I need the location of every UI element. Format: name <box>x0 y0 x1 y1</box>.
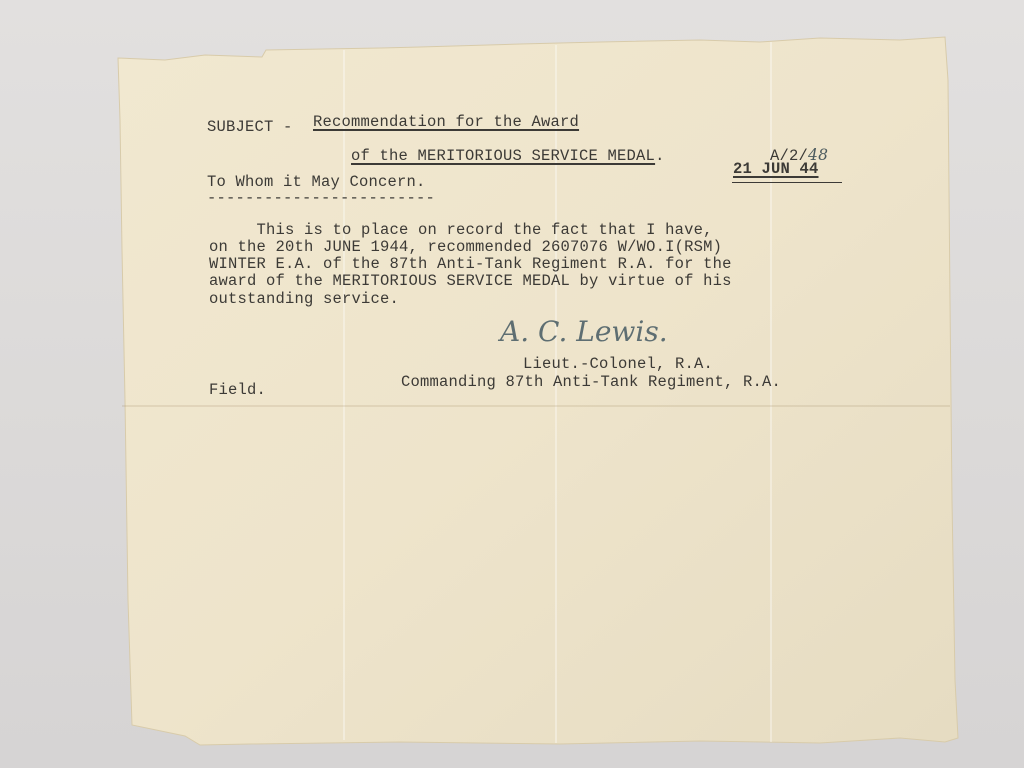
body-line-5: outstanding service. <box>209 291 399 308</box>
subject-line-2: of the MERITORIOUS SERVICE MEDAL <box>351 147 655 165</box>
body-line-3: WINTER E.A. of the 87th Anti-Tank Regime… <box>209 256 732 273</box>
body-line-4: award of the MERITORIOUS SERVICE MEDAL b… <box>209 273 732 290</box>
handwritten-signature: A. C. Lewis. <box>500 315 668 348</box>
document-paper: SUBJECT - Recommendation for the Award o… <box>0 0 1024 768</box>
body-line-1: This is to place on record the fact that… <box>209 222 713 239</box>
document-date: 21 JUN 44 <box>733 161 819 178</box>
body-line-2: on the 20th JUNE 1944, recommended 26070… <box>209 239 722 256</box>
location: Field. <box>209 382 266 399</box>
signatory-rank: Lieut.-Colonel, R.A. <box>523 356 713 373</box>
signatory-command: Commanding 87th Anti-Tank Regiment, R.A. <box>401 374 781 391</box>
salutation-rule: ------------------------ <box>207 190 435 207</box>
subject-label: SUBJECT - <box>207 119 293 136</box>
subject-period: . <box>655 147 665 165</box>
subject-line-1: Recommendation for the Award <box>313 114 579 131</box>
